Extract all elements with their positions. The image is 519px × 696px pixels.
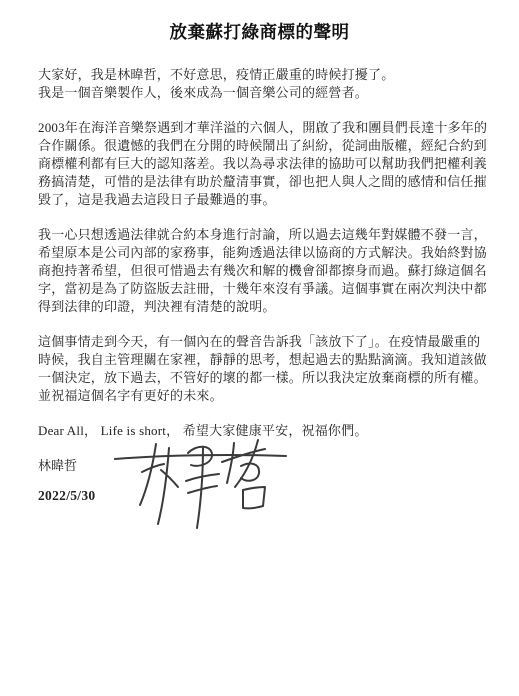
text-line: 商抱持著希望，但很可惜過去有幾次和解的機會卻都擦身而過。蘇打綠這個名 [38, 262, 481, 280]
text-line: 希望原本是公司內部的家務事，能夠透過法律以協商的方式解決。我始終對協 [38, 244, 481, 262]
text-line: 我是一個音樂製作人，後來成為一個音樂公司的經營者。 [38, 84, 481, 102]
paragraph: 2003年在海洋音樂祭遇到才華洋溢的六個人，開啟了我和團員們長達十多年的合作關係… [38, 119, 481, 209]
text-line: 這個事情走到今天，有一個內在的聲音告訴我「該放下了」。在疫情最嚴重的 [38, 333, 481, 351]
text-line: 得到法律的印證，判決裡有清楚的說明。 [38, 298, 481, 316]
signature-stroke [241, 464, 259, 481]
text-line: 一個決定，放下過去，不管好的壞的都一樣。所以我決定放棄商標的所有權。 [38, 369, 481, 387]
signature-stroke [197, 448, 203, 528]
text-line: 並祝福這個名字有更好的未來。 [38, 387, 481, 405]
paragraph: 大家好，我是林暐哲，不好意思，疫情正嚴重的時候打擾了。我是一個音樂製作人，後來成… [38, 66, 481, 102]
signature-stroke [158, 448, 169, 524]
text-line: 務搞清楚，可惜的是法律有助於釐清事實，卻也把人與人之間的感情和信任摧 [38, 173, 481, 191]
text-line: 字，當初是為了防盜版去註冊，十幾年來沒有爭議。這個事實在兩次判決中都 [38, 280, 481, 298]
signature-stroke [140, 444, 156, 505]
text-line: 大家好，我是林暐哲，不好意思，疫情正嚴重的時候打擾了。 [38, 66, 481, 84]
signature-stroke [243, 487, 265, 508]
text-line: 商標權利都有巨大的認知落差。我以為尋求法律的協助可以幫助我們把權利義 [38, 155, 481, 173]
statement-document: 放棄蘇打綠商標的聲明 大家好，我是林暐哲，不好意思，疫情正嚴重的時候打擾了。我是… [0, 0, 519, 696]
signature-stroke [188, 447, 212, 466]
text-line: 毀了，這是我過去這段日子最難過的事。 [38, 191, 481, 209]
signature-stroke [227, 443, 234, 483]
paragraph: 這個事情走到今天，有一個內在的聲音告訴我「該放下了」。在疫情最嚴重的時候，我自主… [38, 333, 481, 405]
text-line: 2003年在海洋音樂祭遇到才華洋溢的六個人，開啟了我和團員們長達十多年的 [38, 119, 481, 137]
handwritten-signature [110, 432, 292, 532]
signature-stroke [115, 455, 286, 459]
text-line: 時候，我自主管理關在家裡，靜靜的思考，想起過去的點點滴滴。我知道該做 [38, 351, 481, 369]
signature-stroke [161, 470, 178, 487]
paragraph: 我一心只想透過法律就合約本身進行討論，所以過去這幾年對媒體不發一言，希望原本是公… [38, 226, 481, 316]
document-body: 大家好，我是林暐哲，不好意思，疫情正嚴重的時候打擾了。我是一個音樂製作人，後來成… [0, 66, 519, 440]
text-line: 我一心只想透過法律就合約本身進行討論，所以過去這幾年對媒體不發一言， [38, 226, 481, 244]
document-title: 放棄蘇打綠商標的聲明 [0, 0, 519, 44]
text-line: 合作關係。很遺憾的我們在分開的時候鬧出了糾紛，從詞曲版權，經紀合約到 [38, 137, 481, 155]
